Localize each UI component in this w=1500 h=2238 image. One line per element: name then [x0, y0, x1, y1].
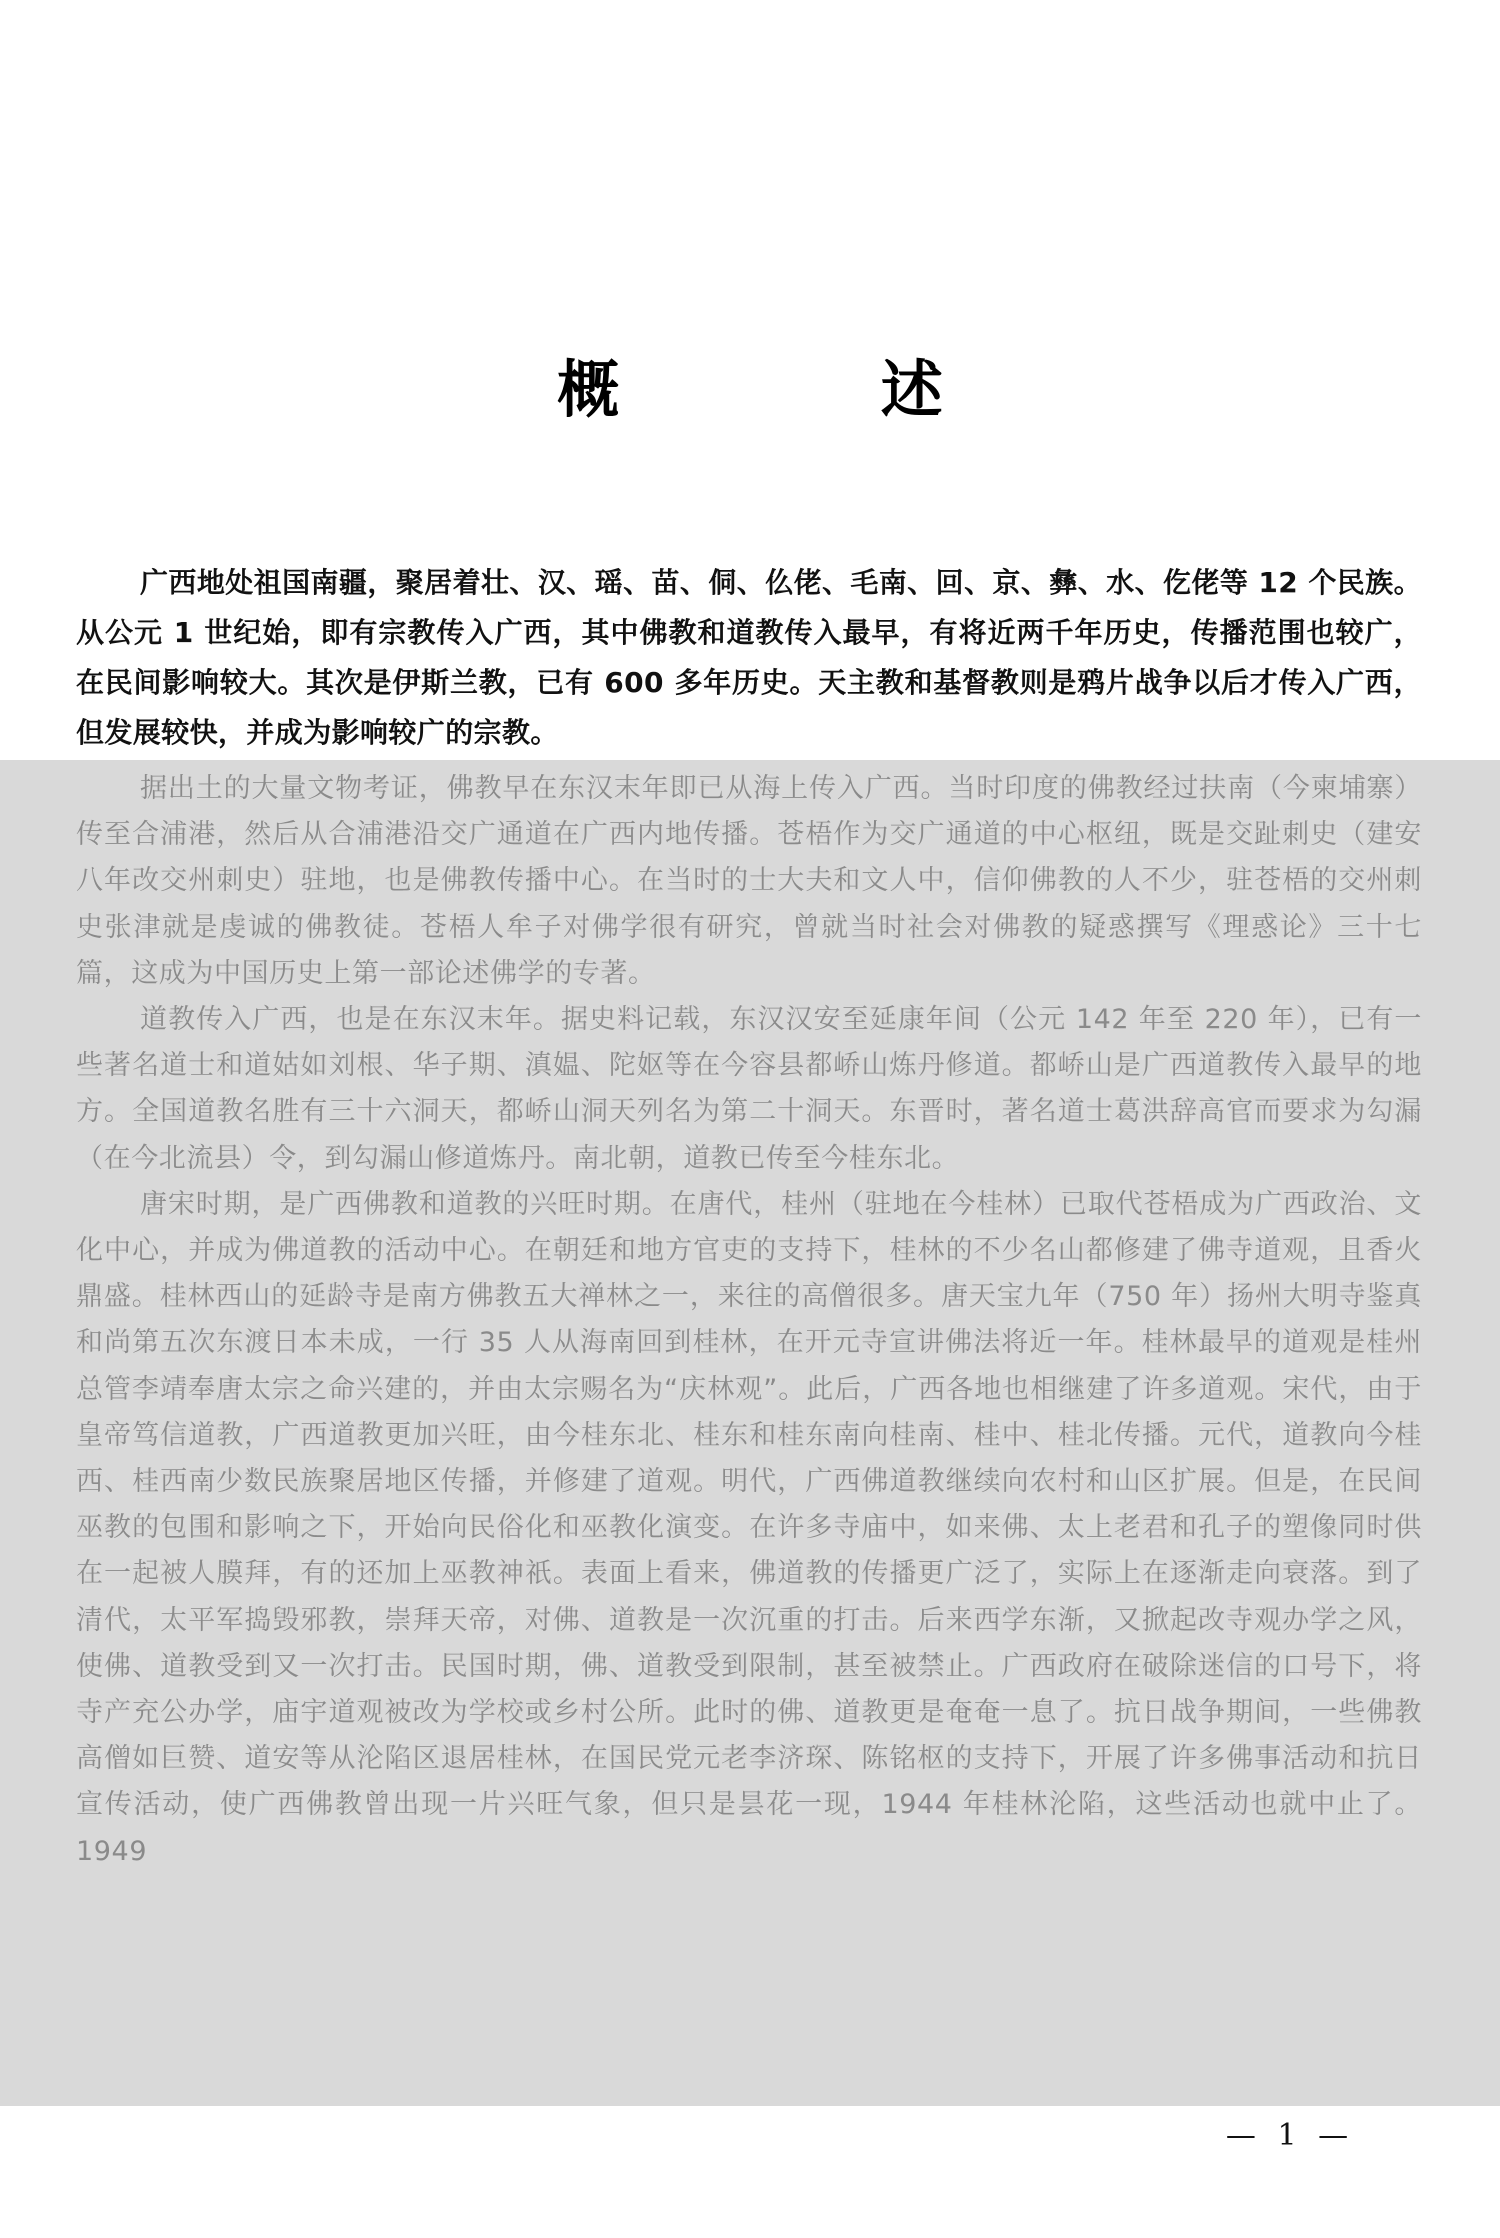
- page-number: — 1 —: [1210, 2118, 1370, 2153]
- paragraph-tang-song-period: 唐宋时期，是广西佛教和道教的兴旺时期。在唐代，桂州（驻地在今桂林）已取代苍梧成为…: [76, 1182, 1422, 1875]
- page-title: 概 述: [0, 340, 1500, 429]
- paragraph-buddhism-origin: 据出土的大量文物考证，佛教早在东汉末年即已从海上传入广西。当时印度的佛教经过扶南…: [76, 766, 1422, 997]
- intro-paragraph: 广西地处祖国南疆，聚居着壮、汉、瑶、苗、侗、仫佬、毛南、回、京、彝、水、仡佬等 …: [76, 558, 1422, 758]
- paragraph-taoism-origin: 道教传入广西，也是在东汉末年。据史料记载，东汉汉安至延康年间（公元 142 年至…: [76, 997, 1422, 1182]
- body-text: 据出土的大量文物考证，佛教早在东汉末年即已从海上传入广西。当时印度的佛教经过扶南…: [76, 766, 1422, 1875]
